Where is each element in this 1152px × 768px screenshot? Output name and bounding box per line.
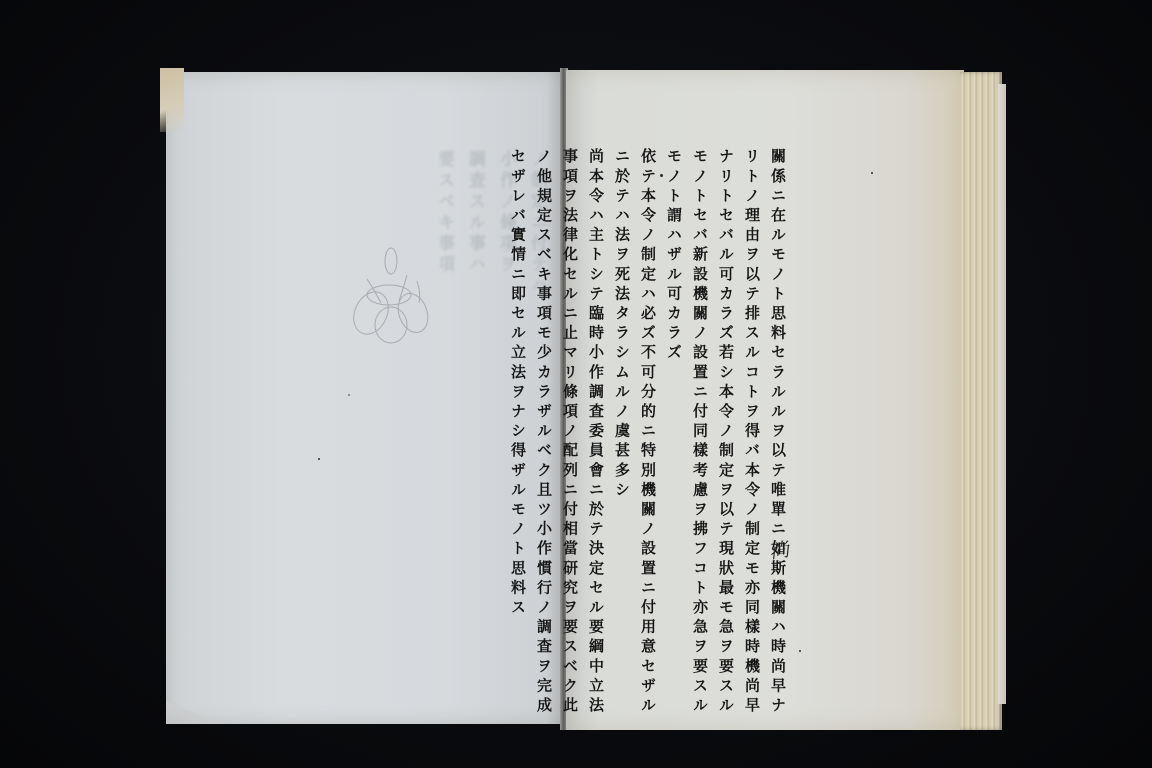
text-column: モノト謂ハザル可カラズ (664, 148, 684, 668)
paper-speck (318, 458, 320, 460)
vertical-text-block: 關係ニ在ルモノト思料セラルルヲ以テ唯單ニ如斯機關ハ時尚早ナ リトノ理由ヲ以テ排ス… (548, 148, 788, 668)
text-column: 關係ニ在ルモノト思料セラルルヲ以テ唯單ニ如斯機關ハ時尚早ナ (768, 148, 788, 668)
bleed-column: 要スベキ事項 (440, 150, 457, 590)
stacked-page-edges (960, 72, 1002, 730)
text-column: リトノ理由ヲ以テ排スルコトヲ得バ本令ノ制定モ亦同樣時機尚早 (742, 148, 762, 668)
text-column: ノ他規定スベキ事項モ少カラザルベク且ツ小作慣行ノ調査ヲ完成 (534, 148, 554, 668)
text-column: ナリトセバル可カラズ若シ本令ノ制定ヲ以テ現狀最モ急ヲ要スル (716, 148, 736, 668)
text-column: セザレバ實情ニ即セル立法ヲナシ得ザルモノト思料ス (508, 148, 528, 668)
handwritten-annotation: 尚 (768, 535, 791, 564)
text-column: 事項ヲ法律化セルニ止マリ條項ノ配列ニ付相當研究ヲ要スベク此 (560, 148, 580, 668)
paper-speck (799, 650, 801, 652)
flower-watermark-icon (341, 247, 441, 347)
text-column: モノトセバ新設機關ノ設置ニ付同樣考慮ヲ拂フコト亦急ヲ要スル (690, 148, 710, 668)
paper-speck (871, 172, 873, 174)
text-column: 尚本令ハ主トシテ臨時小作調査委員會ニ於テ決定セル要綱中立法 (586, 148, 606, 668)
paper-speck (348, 394, 350, 396)
text-column: ニ於テハ法ヲ死法タラシムルノ虞甚多シ (612, 148, 632, 668)
text-column: 依テ本令ノ制定ハ必ズ不可分的ニ特別機關ノ設置ニ付用意セザル (638, 148, 658, 668)
bleed-column: 調査スル事ハ (463, 150, 488, 590)
